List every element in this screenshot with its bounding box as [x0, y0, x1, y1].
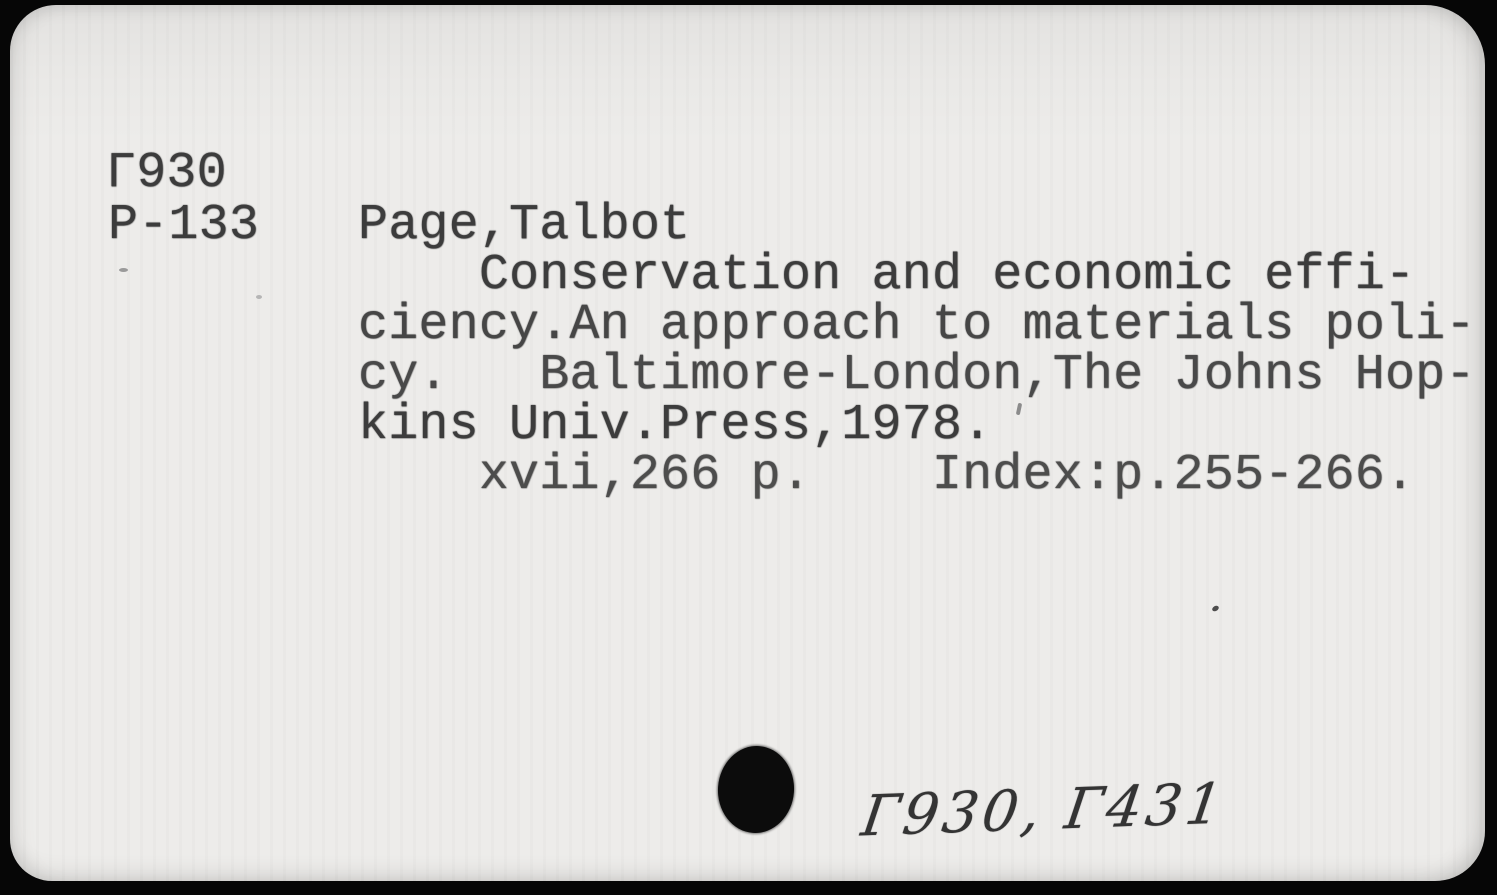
entry-line-collation: xvii,266 p. Index:p.255-266.: [358, 451, 1476, 501]
paper-speck: [256, 295, 262, 299]
paper-speck: [1211, 605, 1220, 613]
ink-dot-mark: [715, 743, 797, 835]
paper-speck: [119, 268, 128, 272]
entry-line-title-1: Conservation and economic effi-: [358, 251, 1476, 301]
entry-line-imprint-1: cy. Baltimore-London,The Johns Hop-: [358, 351, 1476, 401]
scanner-background: Г930 P-133 Page,Talbot Conservation and …: [0, 0, 1497, 895]
handwritten-shelf-note: Г930, Г431: [858, 774, 1230, 847]
catalog-card: Г930 P-133 Page,Talbot Conservation and …: [10, 5, 1485, 881]
bibliographic-entry: Page,Talbot Conservation and economic ef…: [358, 201, 1476, 501]
entry-line-author: Page,Talbot: [358, 201, 1476, 251]
entry-line-imprint-2: kins Univ.Press,1978.: [358, 401, 1476, 451]
call-number-shelf: P-133: [108, 201, 259, 251]
call-number-collection: Г930: [106, 149, 227, 199]
entry-line-title-2: ciency.An approach to materials poli-: [358, 301, 1476, 351]
